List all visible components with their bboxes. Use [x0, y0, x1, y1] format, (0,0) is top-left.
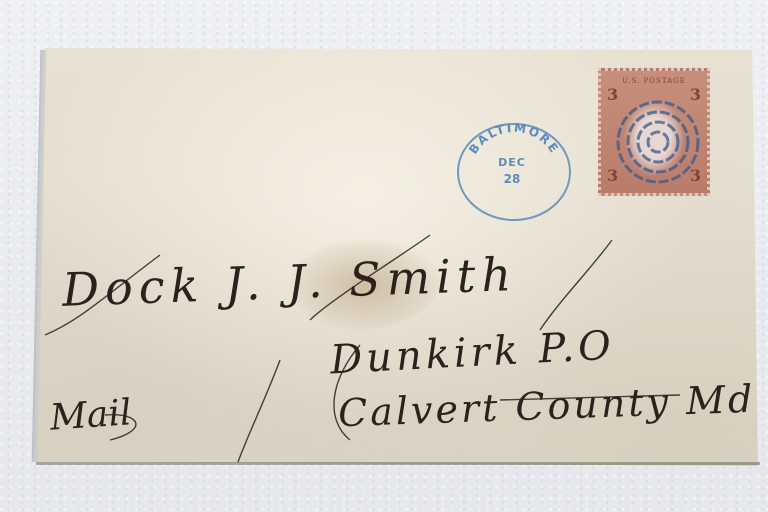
mail-notation: Mail [49, 392, 133, 439]
